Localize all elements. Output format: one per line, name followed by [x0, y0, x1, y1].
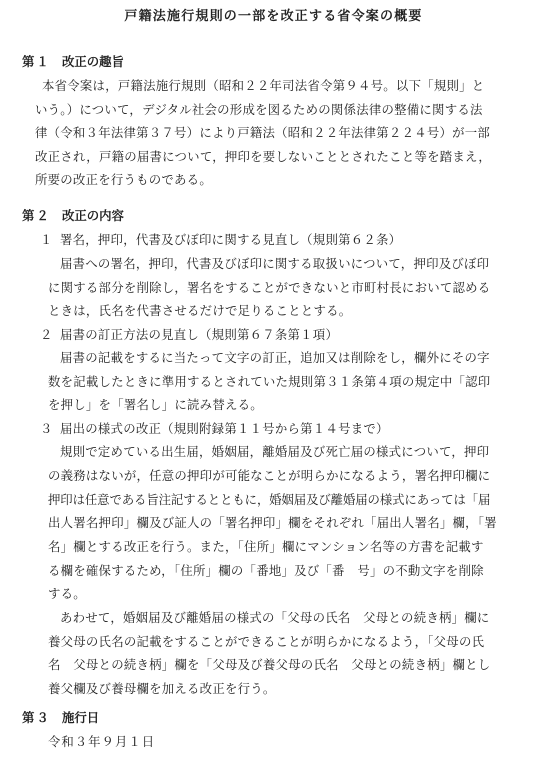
item-title: 署名，押印，代書及びぼ印に関する見直し（規則第６２条） — [60, 232, 401, 248]
paragraph-line: 養父欄及び養母欄を加える改正を行う。 — [48, 681, 276, 697]
paragraph-line: を押し」を「署名し」に読み替える。 — [48, 397, 263, 413]
section-number: 第２ — [22, 208, 62, 224]
effective-date: 令和３年９月１日 — [48, 734, 155, 750]
paragraph-line: 出人署名押印」欄及び証人の「署名押印」欄をそれぞれ「届出人署名」欄，「署 — [48, 515, 497, 531]
paragraph-line: 名」欄とする改正を行う。また，「住所」欄にマンション名等の方書を記載す — [48, 539, 484, 555]
paragraph-line: の義務はないが，任意の押印が可能なことが明らかになるよう，署名押印欄に — [48, 468, 490, 484]
item-title: 届出の様式の改正（規則附録第１１号から第１４号まで） — [60, 421, 389, 437]
paragraph-line: 改正され，戸籍の届書について，押印を要しないこととされたこと等を踏まえ， — [35, 149, 491, 165]
paragraph-line: 数を記載したときに準用するとされていた規則第３１条第４項の規定中「認印 — [48, 374, 490, 390]
paragraph-line: いう。）について，デジタル社会の形成を図るための関係法律の整備に関する法 — [35, 102, 483, 118]
section-3-heading: 第３施行日 — [22, 710, 99, 726]
section-title: 施行日 — [62, 710, 99, 725]
section-1-heading: 第１改正の趣旨 — [22, 54, 124, 70]
section-title: 改正の内容 — [62, 208, 124, 223]
paragraph-line: 届書への署名，押印，代書及びぼ印に関する取扱いについて，押印及びぼ印 — [60, 256, 489, 272]
item-number: ２ — [40, 327, 52, 343]
paragraph-line: 本省令案は，戸籍法施行規則（昭和２２年司法省令第９４号。以下「規則」と — [42, 78, 484, 94]
section-2-heading: 第２改正の内容 — [22, 208, 124, 224]
section-number: 第３ — [22, 710, 62, 726]
item-number: １ — [40, 232, 52, 248]
section-title: 改正の趣旨 — [62, 54, 124, 69]
item-number: ３ — [40, 421, 52, 437]
paragraph-line: あわせて，婚姻届及び離婚届の様式の「父母の氏名 父母との続き柄」欄に — [60, 610, 490, 626]
item-title: 届書の訂正方法の見直し（規則第６７条第１項） — [60, 327, 338, 343]
paragraph-line: 規則で定めている出生届，婚姻届，離婚届及び死亡届の様式について，押印 — [60, 444, 489, 460]
paragraph-line: する。 — [48, 586, 86, 602]
paragraph-line: ときは，氏名を代書させるだけで足りることとする。 — [48, 303, 351, 319]
paragraph-line: 届書の記載をするに当たって文字の訂正，追加又は削除をし，欄外にその字 — [60, 350, 490, 366]
paragraph-line: 名 父母との続き柄」欄を「父母及び養父母の氏名 父母との続き柄」欄とし — [48, 657, 490, 673]
section-number: 第１ — [22, 54, 62, 70]
paragraph-line: 所要の改正を行うものである。 — [35, 172, 212, 188]
document-title: 戸籍法施行規則の一部を改正する省令案の概要 — [0, 9, 547, 25]
paragraph-line: 押印は任意である旨注記するとともに，婚姻届及び離婚届の様式にあっては「届 — [48, 492, 490, 508]
paragraph-line: 律（令和３年法律第３７号）により戸籍法（昭和２２年法律第２２４号）が一部 — [35, 125, 490, 141]
paragraph-line: 養父母の氏名の記載をすることができることが明らかになるよう，「父母の氏 — [48, 634, 484, 650]
paragraph-line: る欄を確保するため，「住所」欄の「番地」及び「番 号」の不動文字を削除 — [48, 563, 484, 579]
paragraph-line: に関する部分を削除し，署名をすることができないと市町村長において認める — [48, 280, 490, 296]
